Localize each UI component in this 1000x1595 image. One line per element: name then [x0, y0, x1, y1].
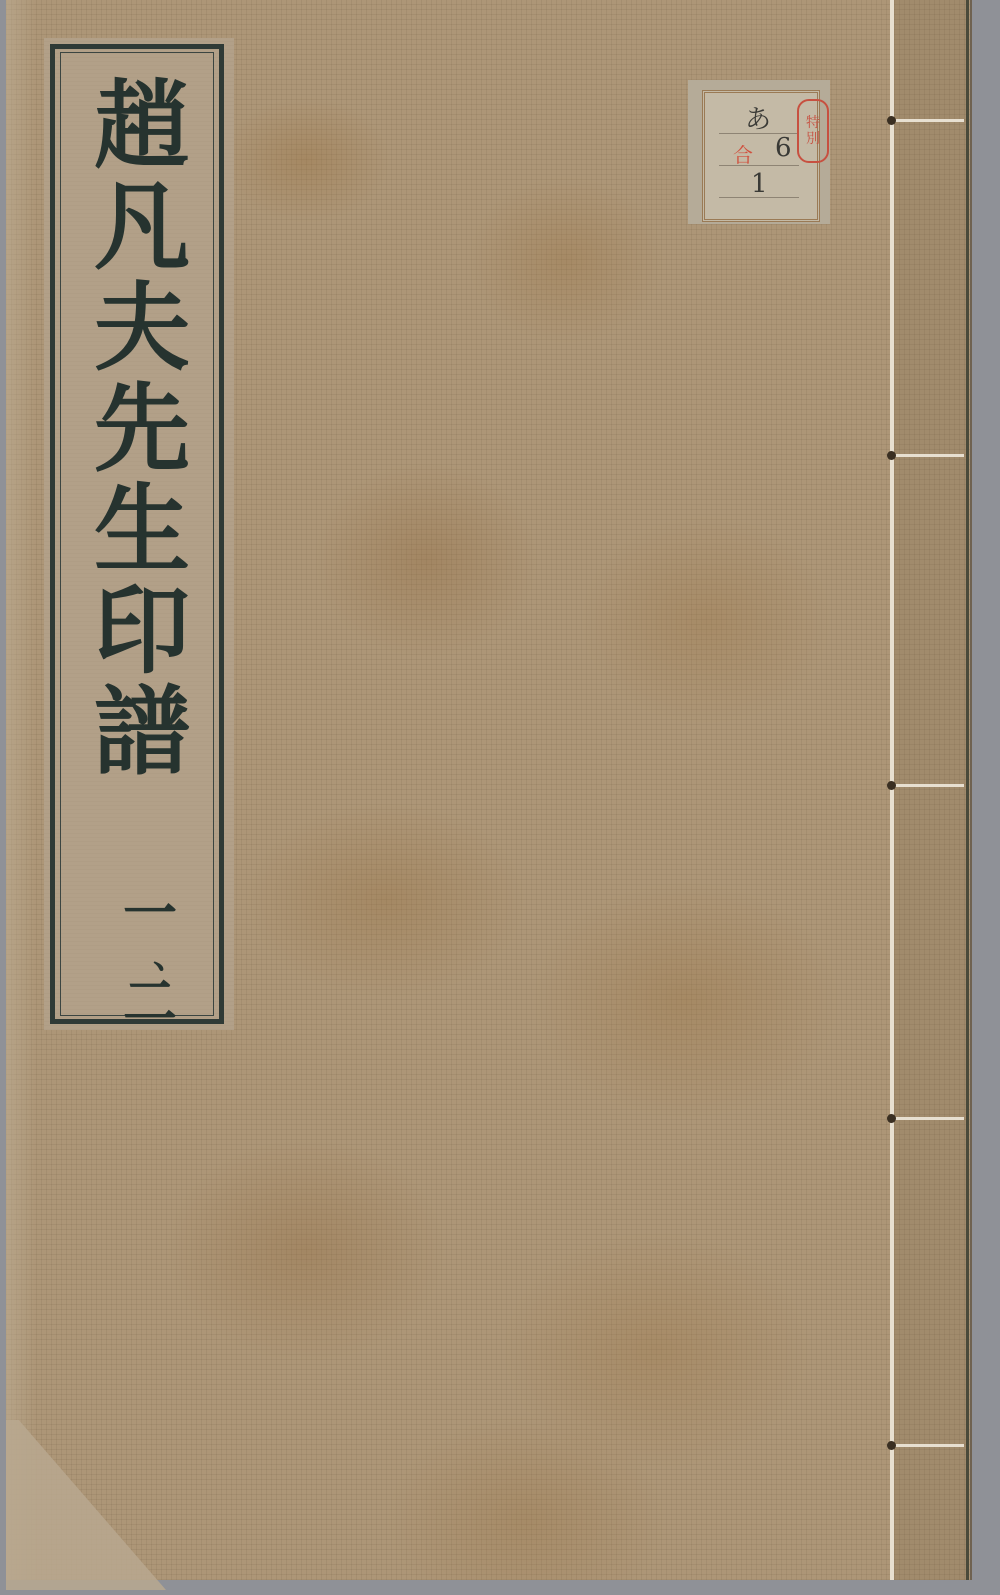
title-char: 夫 [94, 280, 190, 381]
title-char: 譜 [94, 684, 190, 785]
stitch-hole [887, 1441, 896, 1450]
title-char: 先 [94, 381, 190, 482]
red-seal-stamp: 特 別 [797, 99, 829, 163]
stitch-hole [887, 451, 896, 460]
binding-thread-vertical [890, 0, 894, 1580]
binding-thread-horizontal [892, 454, 964, 457]
book-title: 趙 凡 夫 先 生 印 譜 [72, 78, 212, 785]
title-slip: 趙 凡 夫 先 生 印 譜 一 、 二 [44, 38, 234, 1030]
cover-left-edge [6, 0, 36, 1580]
volume-char: 一 [123, 886, 177, 940]
stitch-hole [887, 116, 896, 125]
library-call-label: あ 合 6 1 特 別 [688, 80, 830, 224]
seal-char: 特 [806, 115, 820, 131]
spine-flap [894, 0, 969, 1580]
label-shelf-number: 6 [775, 133, 792, 163]
binding-thread-horizontal [892, 1117, 964, 1120]
stitch-hole [887, 781, 896, 790]
seal-char: 別 [806, 131, 820, 147]
label-divider [719, 165, 799, 166]
label-red-mark: 合 [733, 139, 753, 168]
title-char: 生 [94, 482, 190, 583]
title-char: 印 [94, 583, 190, 684]
label-copy-number: 1 [751, 169, 768, 199]
stitch-hole [887, 1114, 896, 1123]
title-char: 凡 [94, 179, 190, 280]
binding-thread-horizontal [892, 784, 964, 787]
binding-thread-horizontal [892, 119, 964, 122]
volume-char: 二 [123, 974, 177, 1028]
label-kana: あ [745, 99, 771, 136]
title-char: 趙 [94, 78, 190, 179]
volume-number: 一 、 二 [110, 886, 190, 1028]
binding-thread-horizontal [892, 1444, 964, 1447]
label-frame: あ 合 6 1 特 別 [702, 90, 820, 222]
